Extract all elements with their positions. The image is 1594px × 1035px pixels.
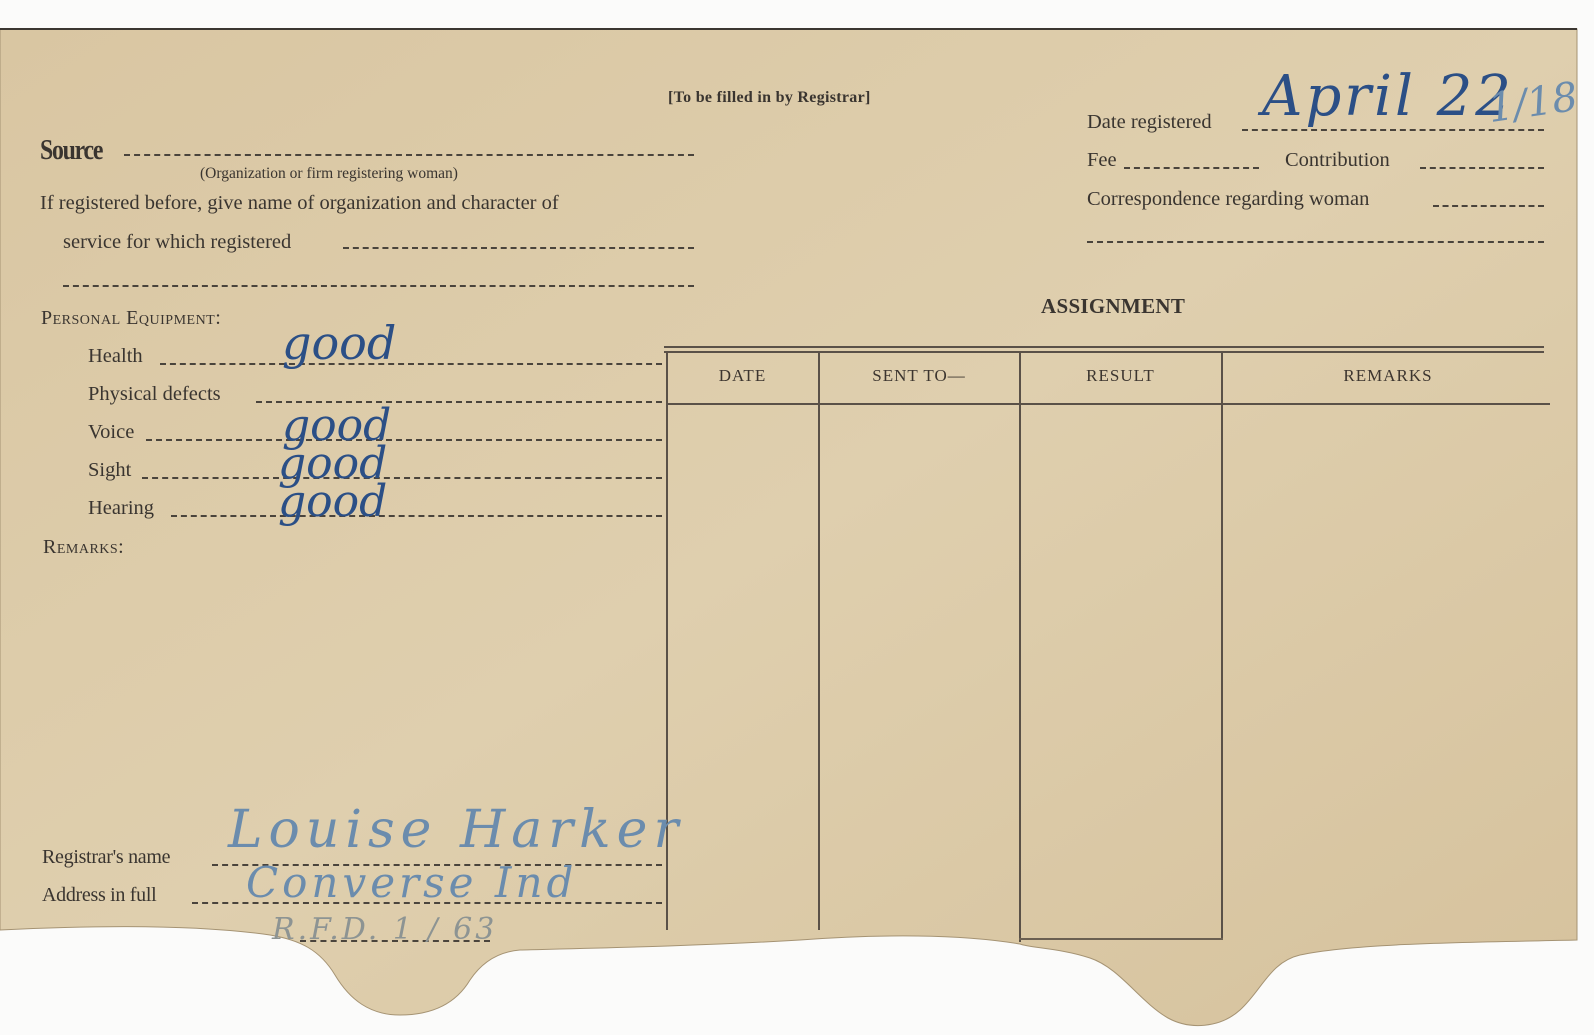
address-value: Converse Ind	[246, 858, 577, 907]
voice-label: Voice	[88, 421, 134, 444]
previous-registration-field[interactable]	[343, 247, 694, 249]
source-field[interactable]	[124, 154, 694, 156]
voice-field[interactable]	[146, 439, 662, 441]
sight-field[interactable]	[142, 477, 662, 479]
address-label: Address in full	[42, 884, 156, 907]
contribution-field[interactable]	[1420, 167, 1544, 169]
date-registered-value: April 22	[1262, 64, 1514, 129]
remarks-label: Remarks:	[43, 536, 124, 559]
hearing-value: good	[278, 476, 387, 527]
assignment-title: ASSIGNMENT	[1041, 294, 1185, 319]
table-top-rule-2	[664, 351, 1544, 353]
column-header-result: RESULT	[1020, 366, 1221, 386]
table-col-divider-3	[1221, 352, 1223, 940]
fee-field[interactable]	[1124, 167, 1259, 169]
personal-equipment-heading: Personal Equipment:	[41, 307, 221, 330]
previous-registration-line2: service for which registered	[63, 231, 291, 254]
health-field[interactable]	[160, 363, 662, 365]
table-col-divider-1	[818, 352, 820, 930]
health-value: good	[282, 316, 396, 370]
health-label: Health	[88, 345, 143, 368]
table-col-divider-2	[1019, 352, 1021, 942]
table-bottom-rule	[1019, 938, 1223, 940]
column-header-remarks: REMARKS	[1222, 366, 1554, 386]
column-header-date: DATE	[667, 366, 818, 386]
registrar-name-label: Registrar's name	[42, 846, 170, 869]
previous-registration-line1: If registered before, give name of organ…	[40, 192, 559, 215]
sight-label: Sight	[88, 459, 131, 482]
registrar-note: [To be filled in by Registrar]	[668, 89, 871, 107]
previous-registration-field-2[interactable]	[63, 285, 694, 287]
correspondence-label: Correspondence regarding woman	[1087, 188, 1369, 211]
card-content: [To be filled in by Registrar] Source (O…	[0, 0, 1594, 1035]
contribution-label: Contribution	[1285, 149, 1390, 172]
source-caption: (Organization or firm registering woman)	[200, 165, 458, 183]
column-header-sent-to: SENT TO—	[819, 366, 1019, 386]
hearing-label: Hearing	[88, 497, 154, 520]
correspondence-field[interactable]	[1433, 205, 1544, 207]
source-label: Source	[40, 134, 102, 167]
registrar-name-value: Louise Harker	[228, 800, 684, 860]
hearing-field[interactable]	[171, 515, 662, 517]
physical-defects-label: Physical defects	[88, 383, 221, 406]
table-header-rule	[667, 403, 1550, 405]
table-top-rule	[664, 346, 1544, 348]
fee-label: Fee	[1087, 149, 1117, 172]
date-registered-label: Date registered	[1087, 111, 1212, 134]
correspondence-field-2[interactable]	[1087, 241, 1544, 243]
address-value-line2: R.F.D. 1 / 63	[272, 912, 497, 947]
